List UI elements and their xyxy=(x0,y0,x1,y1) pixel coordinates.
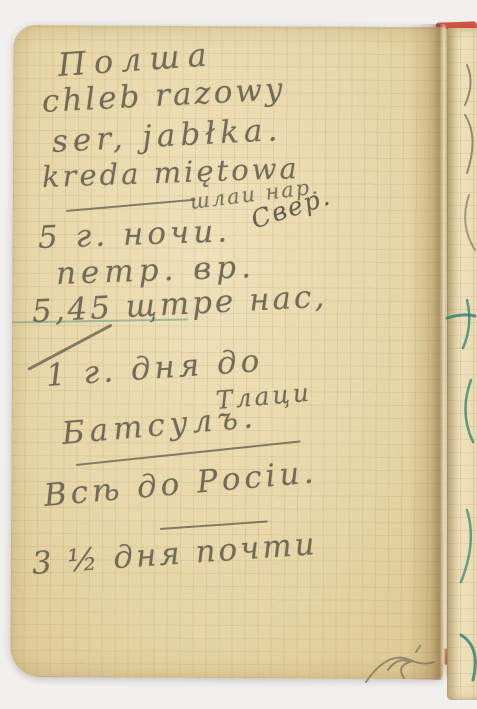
facing-page-edge xyxy=(447,28,477,700)
handwriting-line-5: 5 г. ночи. xyxy=(37,213,231,256)
scanned-notebook-photo: Полша chleb razowy ser, jabłka. kreda mi… xyxy=(0,0,477,709)
